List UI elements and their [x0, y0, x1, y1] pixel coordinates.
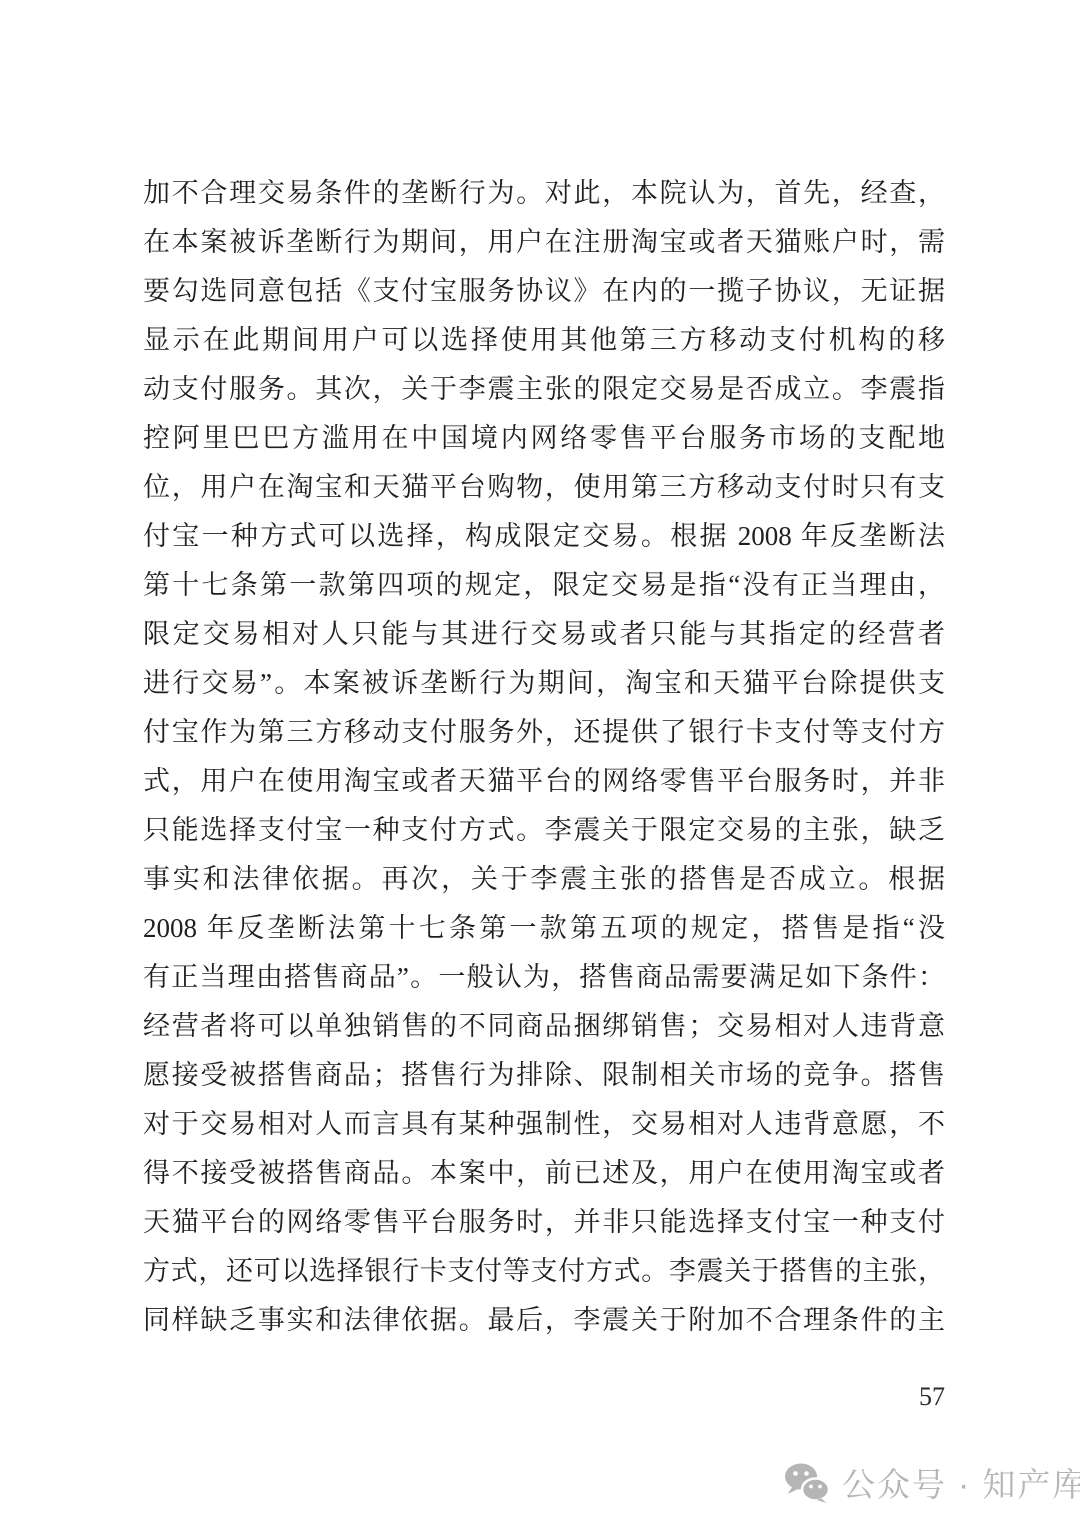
text-line: 位，用户在淘宝和天猫平台购物，使用第三方移动支付时只有支	[143, 463, 945, 512]
text-line: 式，用户在使用淘宝或者天猫平台的网络零售平台服务时，并非	[143, 757, 945, 806]
document-page: 加不合理交易条件的垄断行为。对此，本院认为，首先，经查， 在本案被诉垄断行为期间…	[0, 0, 1080, 1527]
text-line: 愿接受被搭售商品；搭售行为排除、限制相关市场的竞争。搭售	[143, 1051, 945, 1100]
text-line: 第十七条第一款第四项的规定，限定交易是指“没有正当理由，	[143, 561, 945, 610]
text-line: 加不合理交易条件的垄断行为。对此，本院认为，首先，经查，	[143, 169, 945, 218]
text-line: 有正当理由搭售商品”。一般认为，搭售商品需要满足如下条件：	[143, 953, 945, 1002]
text-line: 天猫平台的网络零售平台服务时，并非只能选择支付宝一种支付	[143, 1198, 945, 1247]
body-text: 加不合理交易条件的垄断行为。对此，本院认为，首先，经查， 在本案被诉垄断行为期间…	[143, 169, 945, 1345]
watermark-text: 公众号 · 知产库	[842, 1459, 1080, 1506]
text-line: 显示在此期间用户可以选择使用其他第三方移动支付机构的移	[143, 316, 945, 365]
text-line: 限定交易相对人只能与其进行交易或者只能与其指定的经营者	[143, 610, 945, 659]
page-number: 57	[845, 1382, 945, 1412]
text-line: 控阿里巴巴方滥用在中国境内网络零售平台服务市场的支配地	[143, 414, 945, 463]
text-line: 得不接受被搭售商品。本案中，前已述及，用户在使用淘宝或者	[143, 1149, 945, 1198]
text-line: 进行交易”。本案被诉垄断行为期间，淘宝和天猫平台除提供支	[143, 659, 945, 708]
wechat-icon	[784, 1463, 830, 1503]
text-line: 同样缺乏事实和法律依据。最后，李震关于附加不合理条件的主	[143, 1296, 945, 1345]
text-line: 要勾选同意包括《支付宝服务协议》在内的一揽子协议，无证据	[143, 267, 945, 316]
text-line: 只能选择支付宝一种支付方式。李震关于限定交易的主张，缺乏	[143, 806, 945, 855]
text-line: 对于交易相对人而言具有某种强制性，交易相对人违背意愿，不	[143, 1100, 945, 1149]
text-line: 动支付服务。其次，关于李震主张的限定交易是否成立。李震指	[143, 365, 945, 414]
text-line: 付宝一种方式可以选择，构成限定交易。根据 2008 年反垄断法	[143, 512, 945, 561]
text-line: 2008 年反垄断法第十七条第一款第五项的规定，搭售是指“没	[143, 904, 945, 953]
text-line: 经营者将可以单独销售的不同商品捆绑销售；交易相对人违背意	[143, 1002, 945, 1051]
text-line: 在本案被诉垄断行为期间，用户在注册淘宝或者天猫账户时，需	[143, 218, 945, 267]
text-line: 付宝作为第三方移动支付服务外，还提供了银行卡支付等支付方	[143, 708, 945, 757]
watermark: 公众号 · 知产库	[784, 1459, 1080, 1506]
text-line: 方式，还可以选择银行卡支付等支付方式。李震关于搭售的主张，	[143, 1247, 945, 1296]
text-line: 事实和法律依据。再次，关于李震主张的搭售是否成立。根据	[143, 855, 945, 904]
